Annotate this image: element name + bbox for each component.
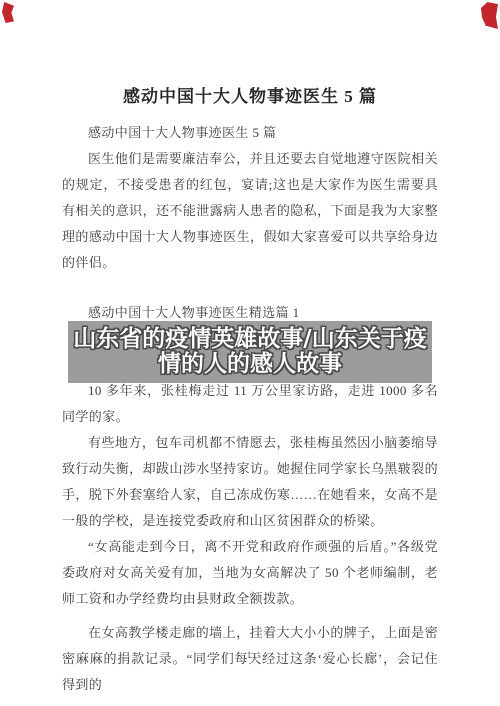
paragraph-some-places: 有些地方，包车司机都不情愿去，张桂梅虽然因小脑萎缩导致行动失衡，却跋山涉水坚持家… <box>62 430 438 534</box>
document-page: 感动中国十大人物事迹医生 5 篇 感动中国十大人物事迹医生 5 篇 医生他们是需… <box>0 0 500 706</box>
watermark-headline: 山东省的疫情英雄故事/山东关于疫 情的人的感人故事 <box>68 321 432 383</box>
paragraph-ten-years: 10 多年来，张桂梅走过 11 万公里家访路，走进 1000 多名同学的家。 <box>62 378 438 430</box>
page-title: 感动中国十大人物事迹医生 5 篇 <box>0 82 500 107</box>
watermark-line-2: 情的人的感人故事 <box>158 352 342 377</box>
doc-subtitle: 感动中国十大人物事迹医生 5 篇 <box>62 120 438 146</box>
document-body: 感动中国十大人物事迹医生 5 篇 医生他们是需要廉洁奉公，并且还要去自觉地遵守医… <box>62 120 438 698</box>
page-number: - 1 - <box>0 650 500 660</box>
watermark-line-1: 山东省的疫情英雄故事/山东关于疫 <box>73 327 426 352</box>
paragraph-intro: 医生他们是需要廉洁奉公，并且还要去自觉地遵守医院相关的规定，不接受患者的红包，宴… <box>62 146 438 276</box>
red-paint-mark-top-left <box>2 2 14 23</box>
paragraph-government: “女高能走到今日，离不开党和政府作顽强的后盾。”各级党委政府对女高关爱有加，当地… <box>62 534 438 612</box>
red-paint-mark-top-right <box>481 2 498 29</box>
